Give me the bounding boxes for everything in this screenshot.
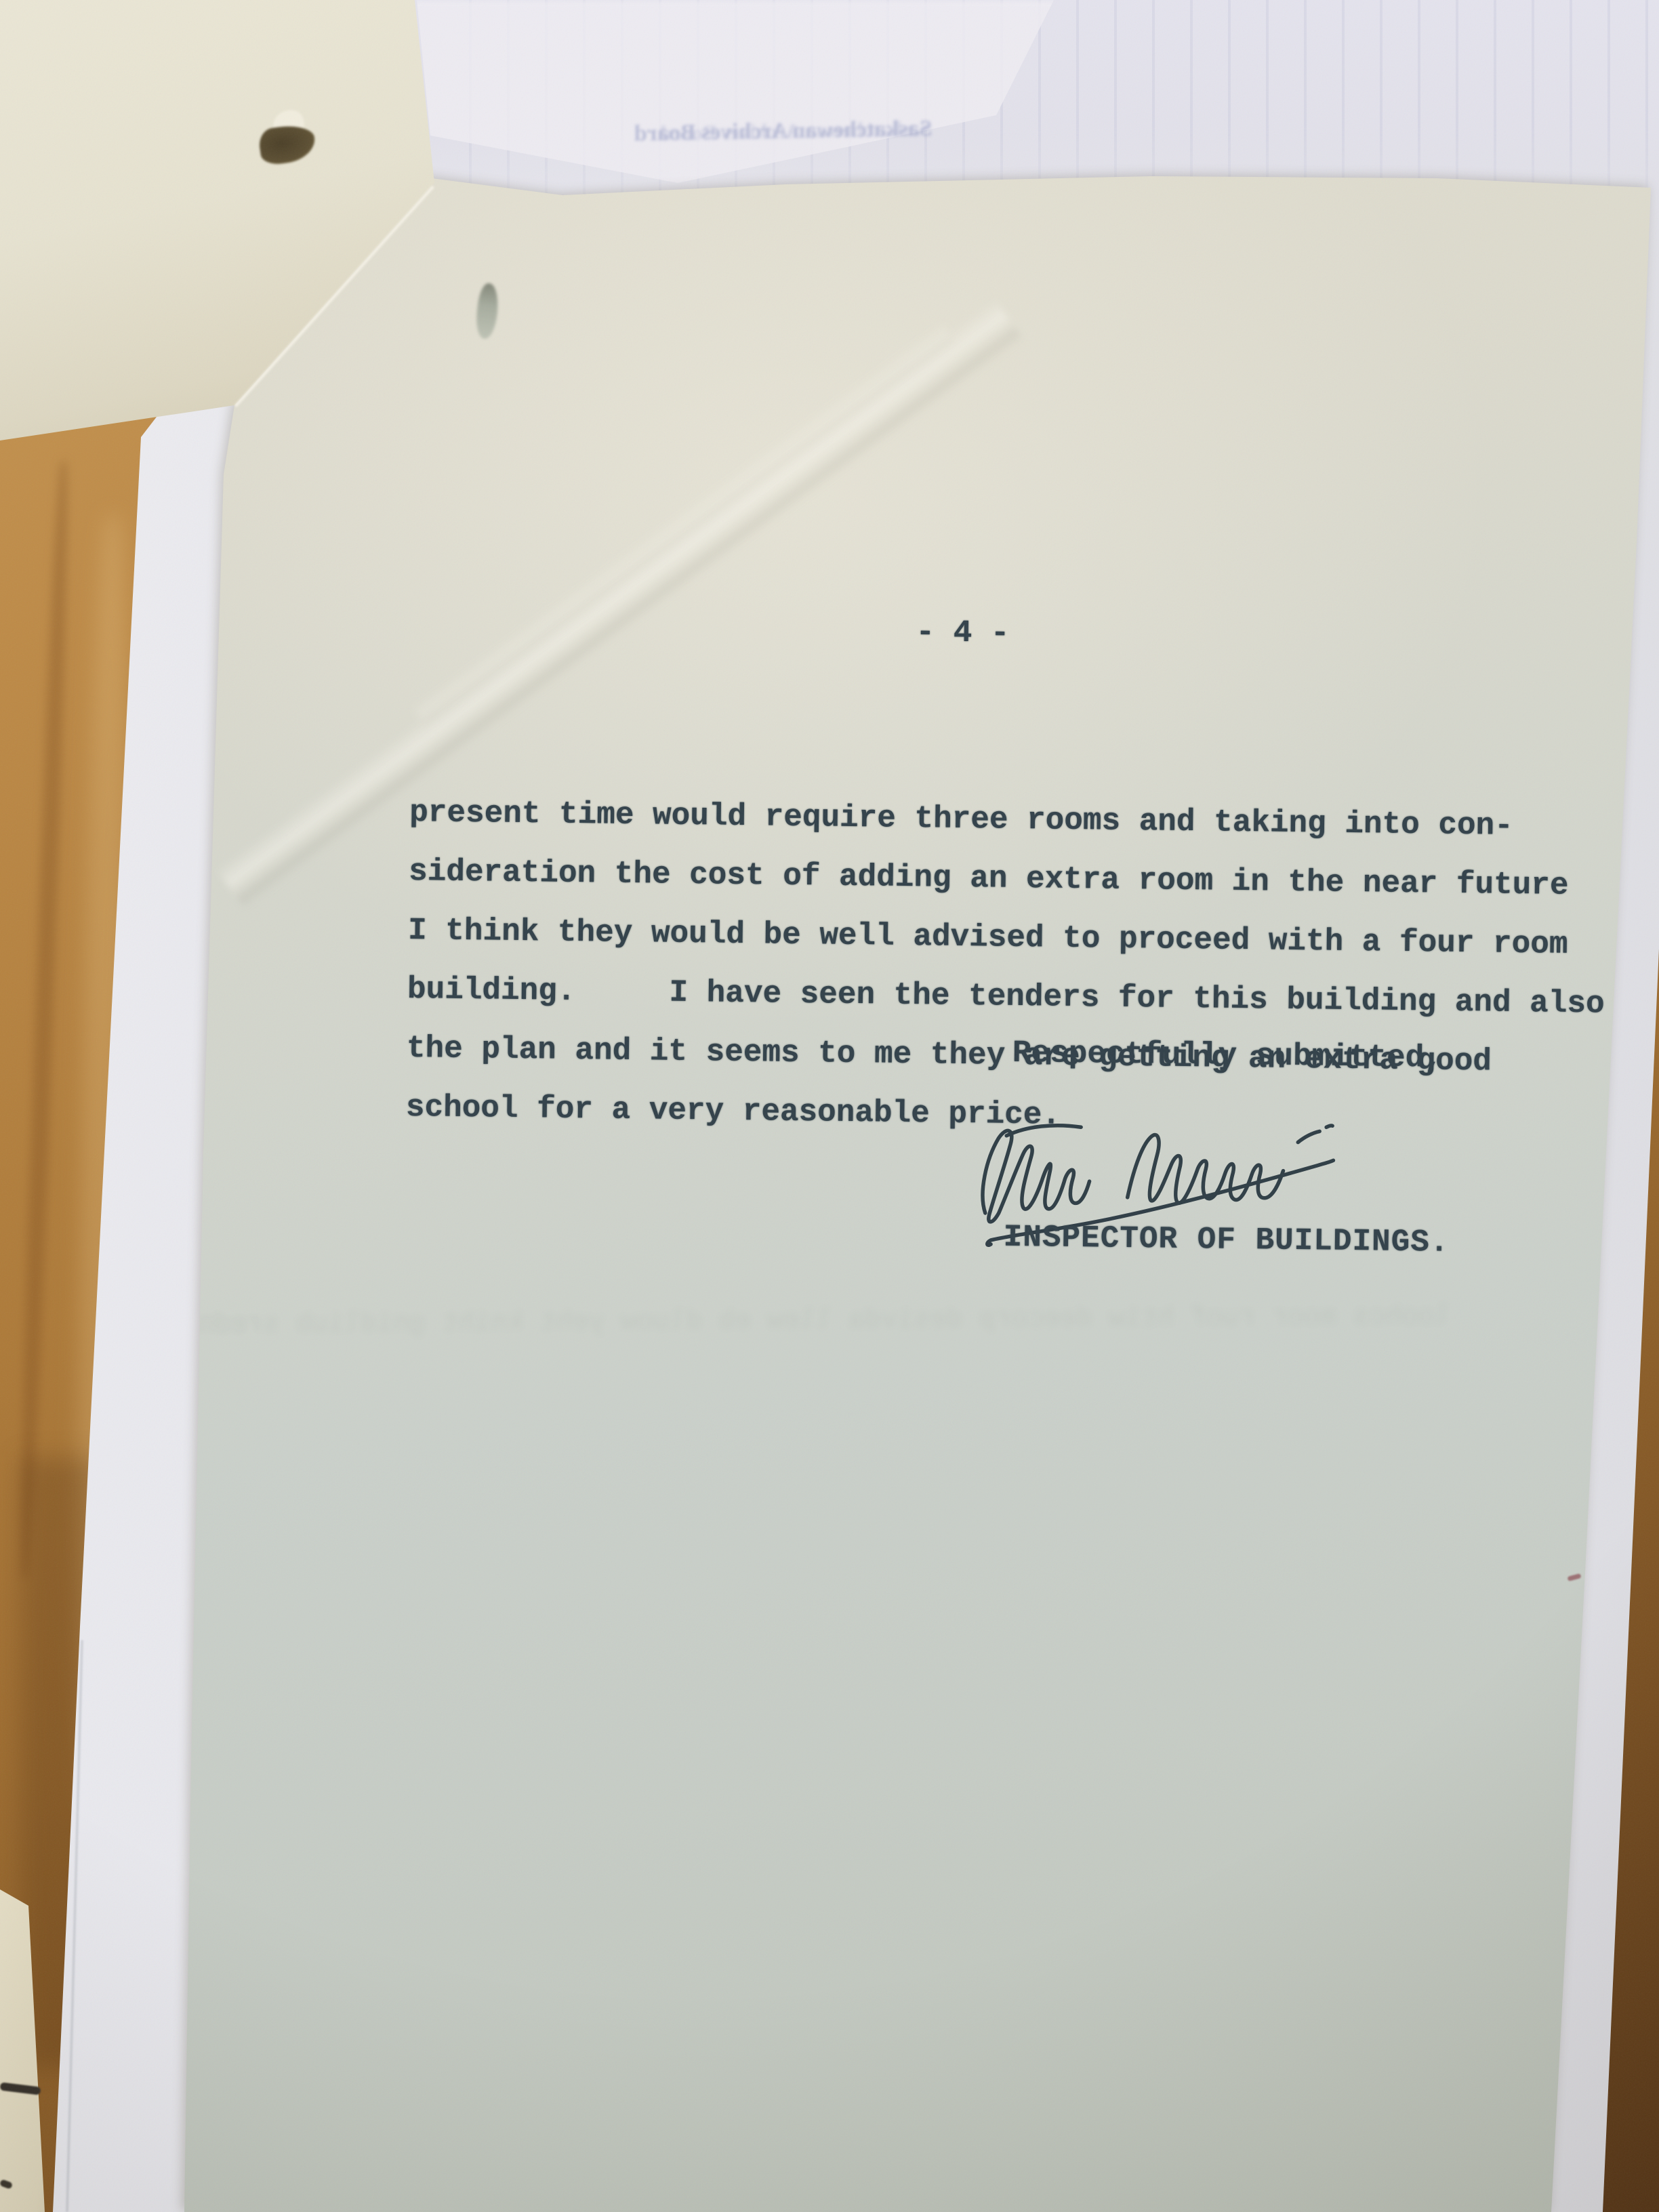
body-paragraph: present time would require three rooms a… (405, 665, 598, 1139)
signature-stroke (983, 1130, 1090, 1222)
typed-text-block: - 4 - present time would require three r… (403, 603, 1605, 1363)
signature-stroke (1298, 1131, 1319, 1142)
archival-photo: Saskatchewan Archives Board Saskatchewan… (0, 0, 1659, 2212)
page-number: - 4 - (916, 615, 1010, 651)
page-tear-hole (474, 283, 500, 340)
signature-stroke (1006, 1126, 1081, 1136)
signature-title: INSPECTOR OF BUILDINGS. (1003, 1220, 1449, 1261)
signature-stroke (1326, 1126, 1332, 1127)
typed-line: school for a very reasonable price. (405, 1078, 1061, 1145)
signature-stroke (1127, 1134, 1284, 1204)
red-ink-speck (1567, 1574, 1581, 1582)
closing-line: Respectfully submitted, (1012, 1036, 1443, 1076)
